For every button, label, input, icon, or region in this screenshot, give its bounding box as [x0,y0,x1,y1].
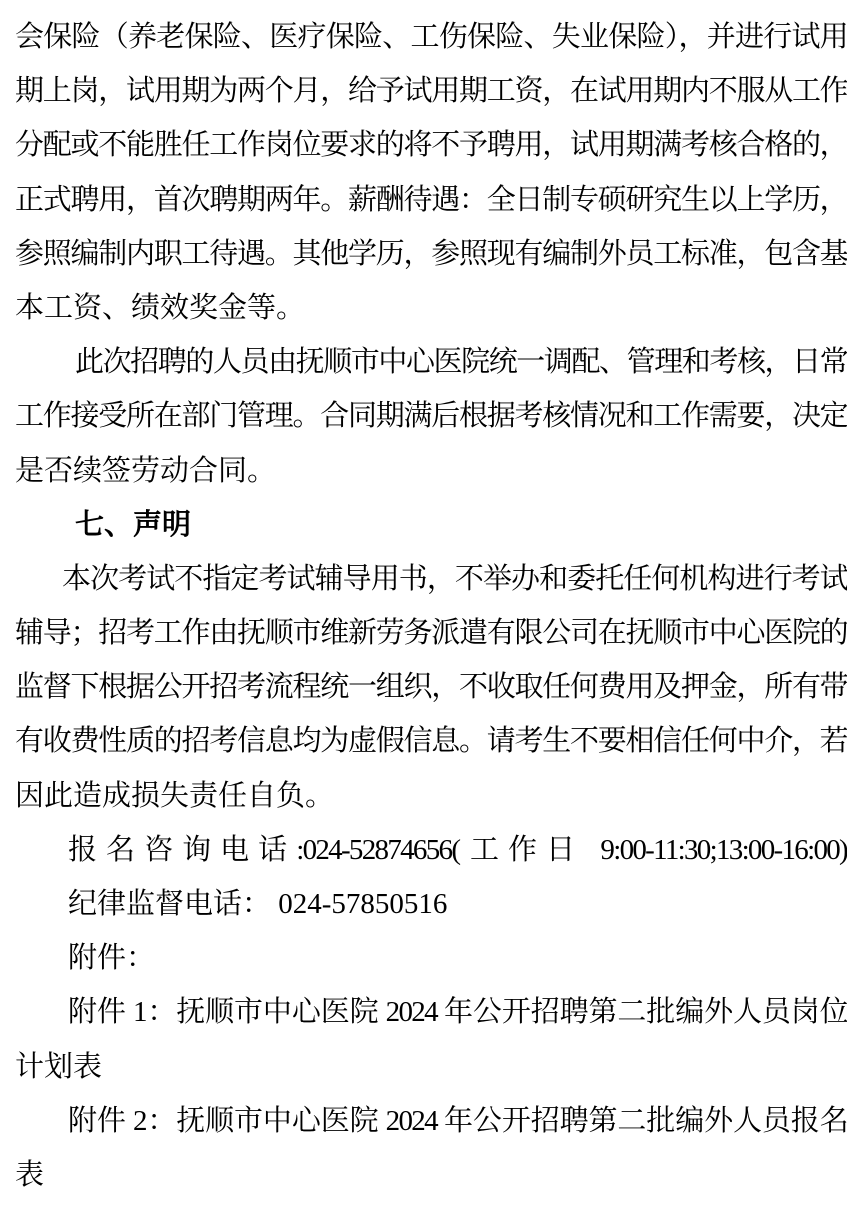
salary-paragraph-line: 正式聘用，首次聘期两年。薪酬待遇：全日制专硕研究生以上学历， [15,173,847,227]
management-paragraph-line: 工作接受所在部门管理。合同期满后根据考核情况和工作需要，决定 [15,389,847,443]
attachment-2-line: 附件 2：抚顺市中心医院 2024 年公开招聘第二批编外人员报名 [15,1094,847,1148]
statement-paragraph-line: 因此造成损失责任自负。 [15,769,847,823]
salary-paragraph-line: 期上岗，试用期为两个月，给予试用期工资，在试用期内不服从工作 [15,64,847,118]
registration-phone-line: 报名咨询电话:024-52874656(工作日 9:00-11:30;13:00… [15,823,847,877]
discipline-phone-line: 纪律监督电话： 024-57850516 [15,877,847,931]
attachment-1-continuation: 计划表 [15,1040,847,1094]
statement-paragraph-line: 有收费性质的招考信息均为虚假信息。请考生不要相信任何中介，若 [15,714,847,768]
statement-paragraph-line: 辅导；招考工作由抚顺市维新劳务派遣有限公司在抚顺市中心医院的 [15,606,847,660]
salary-paragraph-line: 分配或不能胜任工作岗位要求的将不予聘用，试用期满考核合格的， [15,118,847,172]
management-paragraph-line: 此次招聘的人员由抚顺市中心医院统一调配、管理和考核，日常 [15,335,847,389]
salary-paragraph-line: 会保险（养老保险、医疗保险、工伤保险、失业保险），并进行试用 [15,10,847,64]
statement-paragraph-line: 本次考试不指定考试辅导用书，不举办和委托任何机构进行考试 [15,552,847,606]
management-paragraph-line: 是否续签劳动合同。 [15,444,847,498]
attachment-2-continuation: 表 [15,1148,847,1202]
statement-paragraph-line: 监督下根据公开招考流程统一组织，不收取任何费用及押金，所有带 [15,660,847,714]
attachments-label: 附件： [15,931,847,985]
attachment-1-line: 附件 1：抚顺市中心医院 2024 年公开招聘第二批编外人员岗位 [15,985,847,1039]
statement-heading: 七、声明 [15,498,847,552]
document-page: 会保险（养老保险、医疗保险、工伤保险、失业保险），并进行试用 期上岗，试用期为两… [0,0,862,1208]
salary-paragraph-line: 本工资、绩效奖金等。 [15,281,847,335]
salary-paragraph-line: 参照编制内职工待遇。其他学历，参照现有编制外员工标准，包含基 [15,227,847,281]
